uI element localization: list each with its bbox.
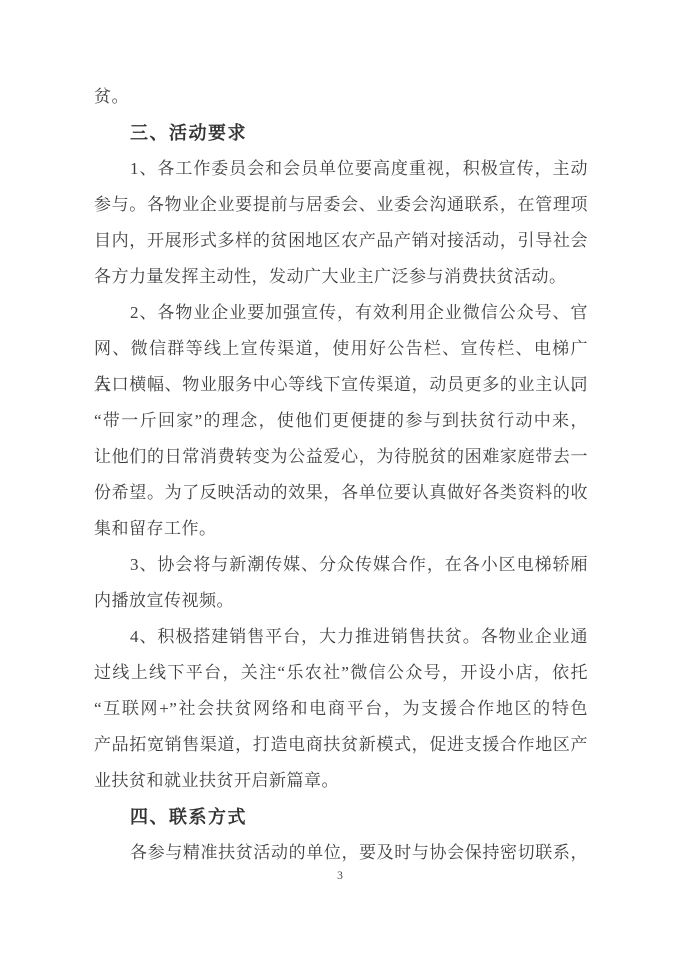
text-line: 各参与精准扶贫活动的单位，要及时与协会保持密切联系， [94,835,588,871]
text-line: 让他们的日常消费转变为公益爱心，为待脱贫的困难家庭带去一 [94,439,588,475]
heading-text: 四、联系方式 [94,799,588,835]
text-line: 2、各物业企业要加强宣传，有效利用企业微信公众号、官 [94,295,588,331]
document-content: 贫。三、活动要求1、各工作委员会和会员单位要高度重视，积极宣传，主动参与。各物业… [94,79,588,871]
text-line: 4、积极搭建销售平台，大力推进销售扶贫。各物业企业通 [94,619,588,655]
paragraph: 3、协会将与新潮传媒、分众传媒合作，在各小区电梯轿厢内播放宣传视频。 [94,547,588,619]
text-line: 1、各工作委员会和会员单位要高度重视，积极宣传，主动 [94,151,588,187]
paragraph: 1、各工作委员会和会员单位要高度重视，积极宣传，主动参与。各物业企业要提前与居委… [94,151,588,295]
paragraph: 各参与精准扶贫活动的单位，要及时与协会保持密切联系， [94,835,588,871]
text-line: 贫。 [94,79,588,115]
paragraph: 4、积极搭建销售平台，大力推进销售扶贫。各物业企业通过线上线下平台，关注“乐农社… [94,619,588,799]
text-line: 网、微信群等线上宣传渠道，使用好公告栏、宣传栏、电梯广告、 [94,331,588,367]
text-line: 产品拓宽销售渠道，打造电商扶贫新模式，促进支援合作地区产 [94,727,588,763]
paragraph: 2、各物业企业要加强宣传，有效利用企业微信公众号、官网、微信群等线上宣传渠道，使… [94,295,588,547]
document-page: 贫。三、活动要求1、各工作委员会和会员单位要高度重视，积极宣传，主动参与。各物业… [0,0,680,961]
text-line: 3、协会将与新潮传媒、分众传媒合作，在各小区电梯轿厢 [94,547,588,583]
text-line: 目内，开展形式多样的贫困地区农产品产销对接活动，引导社会 [94,223,588,259]
text-line: 内播放宣传视频。 [94,583,588,619]
text-line: “带一斤回家”的理念，使他们更便捷的参与到扶贫行动中来， [94,403,588,439]
section-heading: 四、联系方式 [94,799,588,835]
text-line: 各方力量发挥主动性，发动广大业主广泛参与消费扶贫活动。 [94,259,588,295]
text-line: 集和留存工作。 [94,511,588,547]
text-line: 过线上线下平台，关注“乐农社”微信公众号，开设小店，依托 [94,655,588,691]
heading-text: 三、活动要求 [94,115,588,151]
page-number: 3 [0,870,680,882]
text-line: “互联网+”社会扶贫网络和电商平台，为支援合作地区的特色 [94,691,588,727]
text-line: 参与。各物业企业要提前与居委会、业委会沟通联系，在管理项 [94,187,588,223]
text-line: 份希望。为了反映活动的效果，各单位要认真做好各类资料的收 [94,475,588,511]
section-heading: 三、活动要求 [94,115,588,151]
text-line: 入口横幅、物业服务中心等线下宣传渠道，动员更多的业主认同 [94,367,588,403]
paragraph: 贫。 [94,79,588,115]
text-line: 业扶贫和就业扶贫开启新篇章。 [94,763,588,799]
